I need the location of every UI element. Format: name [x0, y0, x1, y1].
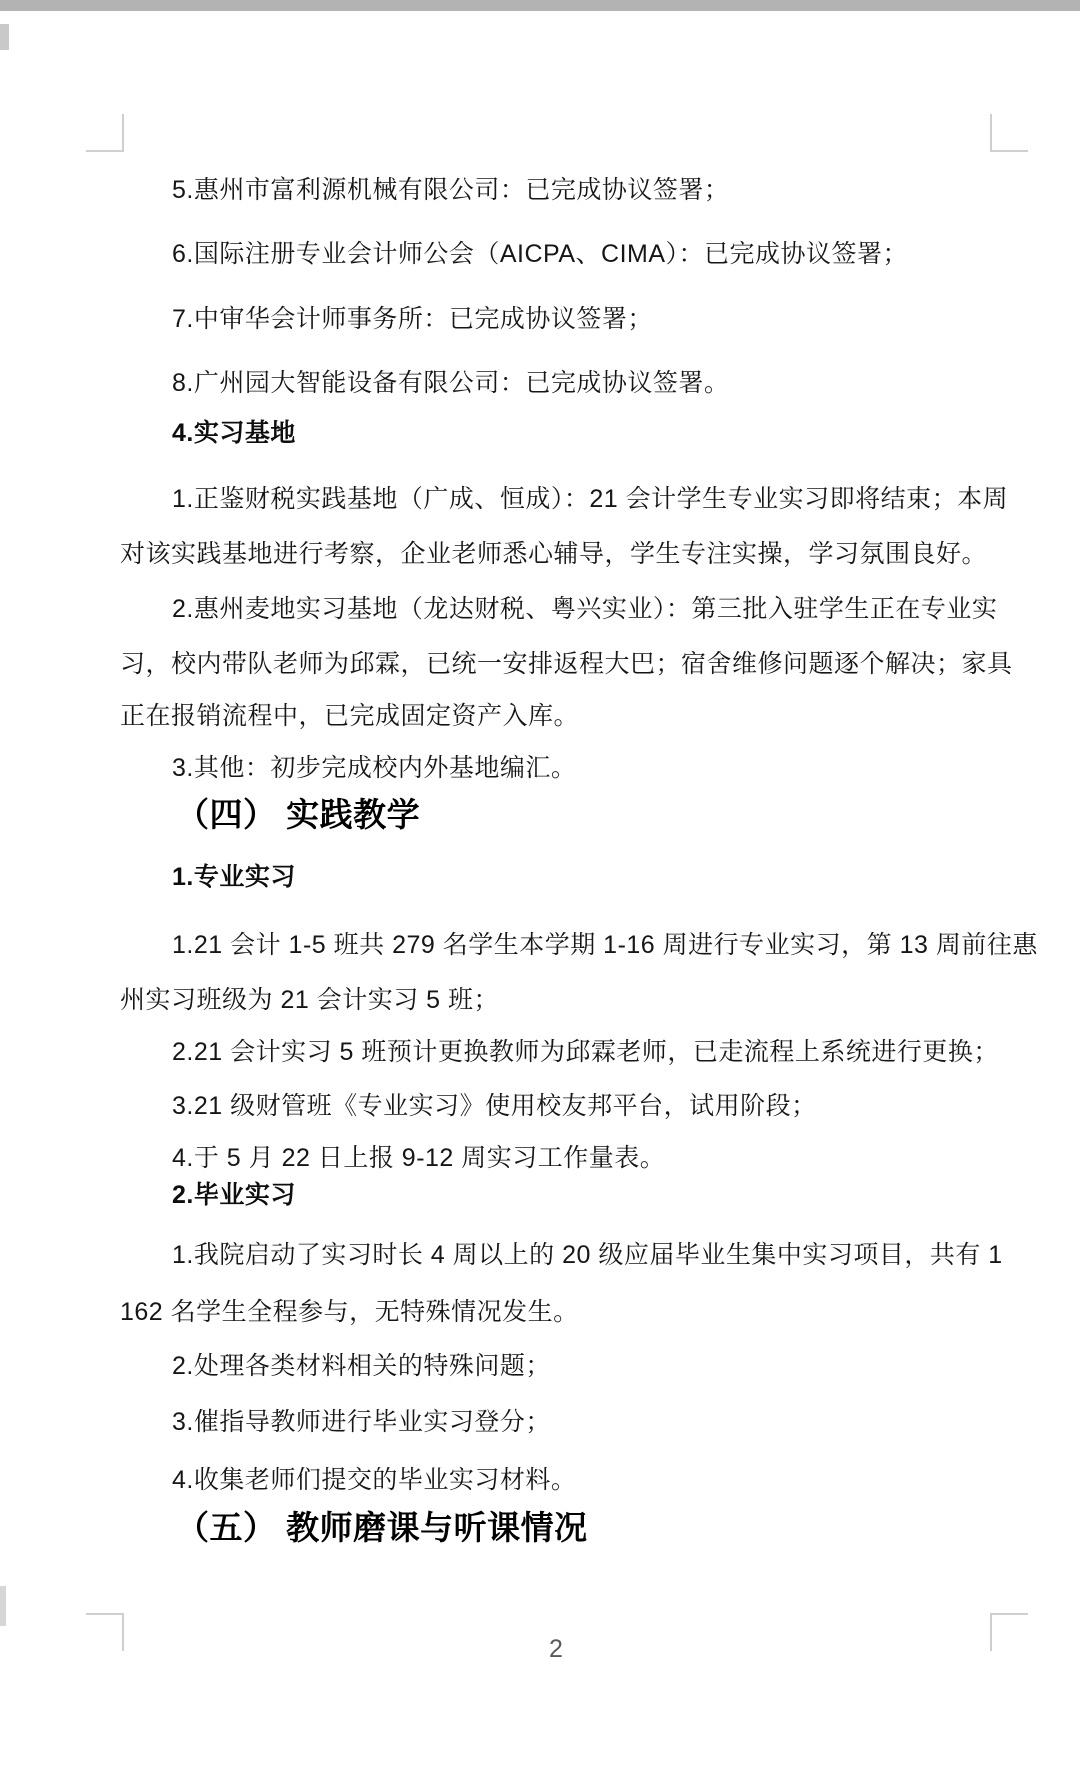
document-page: 5.惠州市富利源机械有限公司：已完成协议签署； 6.国际注册专业会计师公会（AI…: [0, 0, 1080, 1772]
window-top-edge: [0, 0, 1080, 11]
paragraph-base-1-line-2: 对该实践基地进行考察，企业老师悉心辅导，学生专注实操，学习氛围良好。: [120, 534, 1010, 574]
paragraph-base-1-line-1: 1.正鉴财税实践基地（广成、恒成）：21 会计学生专业实习即将结束；本周: [120, 479, 1010, 519]
paragraph-grad-1-line-1: 1.我院启动了实习时长 4 周以上的 20 级应届毕业生集中实习项目，共有 1: [120, 1235, 1010, 1275]
paragraph-grad-2: 2.处理各类材料相关的特殊问题；: [120, 1346, 1010, 1386]
list-item-partner-7: 7.中审华会计师事务所：已完成协议签署；: [120, 299, 1010, 339]
section-heading-5-teacher-lessons: （五） 教师磨课与听课情况: [120, 1506, 1010, 1550]
paragraph-prof-1-line-2: 州实习班级为 21 会计实习 5 班；: [120, 980, 1010, 1020]
paragraph-prof-3: 3.21 级财管班《专业实习》使用校友邦平台，试用阶段；: [120, 1086, 1010, 1126]
subheading-graduation-internship: 2.毕业实习: [120, 1175, 1010, 1215]
subheading-professional-internship: 1.专业实习: [120, 857, 1010, 897]
paragraph-base-3: 3.其他：初步完成校内外基地编汇。: [120, 748, 1010, 788]
subheading-internship-base: 4.实习基地: [120, 413, 1010, 453]
paragraph-base-2-line-1: 2.惠州麦地实习基地（龙达财税、粤兴实业）：第三批入驻学生正在专业实: [120, 589, 1010, 629]
text-boundary-mark-top-right: [990, 114, 1028, 152]
section-heading-4-practice-teaching: （四） 实践教学: [120, 793, 1010, 837]
paragraph-base-2-line-2: 习，校内带队老师为邱霖，已统一安排返程大巴；宿舍维修问题逐个解决；家具: [120, 644, 1010, 684]
paragraph-grad-3: 3.催指导教师进行毕业实习登分；: [120, 1402, 1010, 1442]
paragraph-base-2-line-3: 正在报销流程中，已完成固定资产入库。: [120, 696, 1010, 736]
text-boundary-mark-bottom-left: [86, 1613, 124, 1651]
text-boundary-mark-bottom-right: [990, 1613, 1028, 1651]
paragraph-grad-1-line-2: 162 名学生全程参与，无特殊情况发生。: [120, 1292, 1010, 1332]
page-number: 2: [120, 1631, 992, 1667]
list-item-partner-8: 8.广州园大智能设备有限公司：已完成协议签署。: [120, 363, 1010, 403]
paragraph-prof-2: 2.21 会计实习 5 班预计更换教师为邱霖老师，已走流程上系统进行更换；: [120, 1032, 1010, 1072]
paragraph-grad-4: 4.收集老师们提交的毕业实习材料。: [120, 1460, 1010, 1500]
left-edge-artifact-bottom: [0, 1586, 6, 1626]
paragraph-prof-1-line-1: 1.21 会计 1-5 班共 279 名学生本学期 1-16 周进行专业实习，第…: [120, 925, 1010, 965]
text-boundary-mark-top-left: [86, 114, 124, 152]
list-item-partner-5: 5.惠州市富利源机械有限公司：已完成协议签署；: [120, 170, 1010, 210]
list-item-partner-6: 6.国际注册专业会计师公会（AICPA、CIMA）：已完成协议签署；: [120, 234, 1010, 274]
paragraph-prof-4: 4.于 5 月 22 日上报 9-12 周实习工作量表。: [120, 1138, 1010, 1178]
left-edge-artifact-top: [0, 24, 9, 50]
